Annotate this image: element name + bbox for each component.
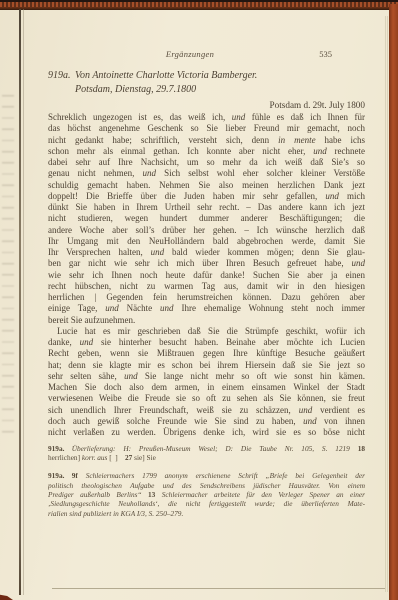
letter-line-text: genau nicht nehmen, und Sich selbst wohl… — [48, 168, 365, 178]
letter-line: 20bereit Sie aufzunehmen. — [48, 315, 365, 326]
letter-line-text: sich unendlich Ihrer Freundschaft, weiß … — [48, 405, 365, 415]
letter-line-text: schon mehr als einmal gethan. Ich konnte… — [48, 146, 365, 156]
letter-title: Von Antoinette Charlotte Victoria Bamber… — [75, 69, 257, 83]
footnote-line: herrlichen] korr. aus [ ] 27 sie] Sie — [48, 453, 365, 462]
letter-dateline: Potsdam d. 29t. July 1800 — [48, 100, 365, 110]
letter-line: Machen Sie doch also dem armen, in einem… — [48, 382, 365, 393]
letter-line: Ihr Versprechen halten, und bald wieder … — [48, 247, 365, 258]
letter-line-text: Ihr Versprechen halten, und bald wieder … — [48, 247, 365, 257]
letter-line-text: sehr selten sähe, und Sie lange nicht me… — [48, 371, 365, 381]
letter-line: dabei sehr auf Ihre Nachsicht, um so meh… — [48, 157, 365, 168]
letter-line-text: wie sehr ich Ihnen noch heute dafür dank… — [48, 270, 365, 280]
cover-corner-speck — [0, 592, 13, 600]
letter-line-text: bereit Sie aufzunehmen. — [48, 315, 135, 325]
letter-line-text: recht hübschen, nicht zu warmen Tag aus,… — [48, 281, 365, 291]
letter-line-text: schuldig gemacht haben. Nehmen Sie also … — [48, 180, 365, 190]
letter-line: 15ben gar nicht wie sehr ich mich über I… — [48, 258, 365, 269]
letter-line: herrlichen | Gegenden fein herumstreiche… — [48, 292, 365, 303]
letter-line-text: verwiesenen Weibe die Freude sie so oft … — [48, 393, 365, 403]
letter-line-text: hat; denn sie klagte mir es schon bei ih… — [48, 360, 365, 370]
letter-line: schuldig gemacht haben. Nehmen Sie also … — [48, 180, 365, 191]
page-bottom-edge — [52, 588, 385, 589]
facing-page-ghost-text — [2, 95, 14, 440]
footnote-line: 919a. 9f Schleiermachers 1799 anonym ers… — [48, 471, 365, 480]
page-gutter-fold-highlight — [23, 9, 24, 595]
footnote-line: rialien sind publiziert in KGA I/3, S. 2… — [48, 509, 365, 518]
letter-line: einige Tage, und Nächte und Ihre ehemali… — [48, 303, 365, 314]
letter-line-text: Lucie hat es mir geschrieben daß Sie die… — [57, 326, 365, 336]
letter-line: verwiesenen Weibe die Freude sie so oft … — [48, 393, 365, 404]
letter-line: 10dünkt Sie haben in Ihrem Urtheil sehr … — [48, 202, 365, 213]
letter-line-text: Schreklich ungezogen ist es, das weiß ic… — [48, 112, 365, 122]
letter-line-text: nicht studieren, wegen hundert dummer an… — [48, 213, 365, 223]
footnotes-area: 919a. Überlieferung: H: Preußen-Museum W… — [48, 444, 365, 527]
footnote-line: 919a. Überlieferung: H: Preußen-Museum W… — [48, 444, 365, 453]
page-number: 535 — [48, 49, 332, 59]
letter-line-text: nicht verlaßen zu werden. Übrigens denke… — [48, 427, 365, 437]
letter-line: 25sehr selten sähe, und Sie lange nicht … — [48, 371, 365, 382]
letter-line-text: einige Tage, und Nächte und Ihre ehemali… — [48, 303, 365, 313]
page-gutter-fold — [19, 9, 21, 595]
letter-line-text: dabei sehr auf Ihre Nachsicht, um so meh… — [48, 157, 365, 167]
letter-line: hat; denn sie klagte mir es schon bei ih… — [48, 360, 365, 371]
letter-line: recht hübschen, nicht zu warmen Tag aus,… — [48, 281, 365, 292]
letter-line: 30nicht verlaßen zu werden. Übrigens den… — [48, 427, 365, 438]
footnote-line: politisch theologischen Aufgabe und des … — [48, 481, 365, 490]
letter-line-text: Ihr Umgang mit den NeuHolländern bald ab… — [48, 236, 365, 246]
letter-line: Lucie hat es mir geschrieben daß Sie die… — [48, 326, 365, 337]
letter-line: Schreklich ungezogen ist es, das weiß ic… — [48, 112, 365, 123]
letter-line-text: herrlichen | Gegenden fein herumstreiche… — [48, 292, 365, 302]
letter-place-date: Potsdam, Dienstag, 29.7.1800 — [75, 83, 365, 97]
letter-line: doch auch gewiß solche Freunde wie Sie s… — [48, 416, 365, 427]
footnote-line: Prediger außerhalb Berlins“ 13 Schleierm… — [48, 490, 365, 499]
letter-line-text: Recht geben, wenn sie Mißtrauen gegen Ih… — [48, 348, 365, 358]
letter-line-text: Machen Sie doch also dem armen, in einem… — [48, 382, 365, 392]
letter-line: Recht geben, wenn sie Mißtrauen gegen Ih… — [48, 348, 365, 359]
footnote-line: ‚Siedlungsgeschichte Neuhollands‘, die n… — [48, 499, 365, 508]
letter-line: genau nicht nehmen, und Sich selbst wohl… — [48, 168, 365, 179]
page-stack-edge — [384, 16, 389, 592]
letter-line: Ihr Umgang mit den NeuHolländern bald ab… — [48, 236, 365, 247]
letter-line: doppelt! Die Brieffe über die Juden habe… — [48, 191, 365, 202]
letter-line-text: ben gar nicht wie sehr ich mich über Ihr… — [48, 258, 365, 268]
letter-line: danke, und sie hinterher besucht haben. … — [48, 337, 365, 348]
letter-line-text: danke, und sie hinterher besucht haben. … — [48, 337, 365, 347]
footnote-block: 919a. Überlieferung: H: Preußen-Museum W… — [48, 444, 365, 463]
footnote-block: 919a. 9f Schleiermachers 1799 anonym ers… — [48, 471, 365, 518]
letter-line: das höchst angenehme Geschenk so Sie lie… — [48, 123, 365, 134]
book-cover-top-edge — [0, 0, 398, 10]
letter-line-text: doppelt! Die Brieffe über die Juden habe… — [48, 191, 365, 201]
book-page-scan: Ergänzungen 535 919a. Von Antoinette Cha… — [0, 0, 398, 600]
letter-line-text: das höchst angenehme Geschenk so Sie lie… — [48, 123, 365, 133]
letter-line: 5schon mehr als einmal gethan. Ich konnt… — [48, 146, 365, 157]
letter-line-text: dünkt Sie haben in Ihrem Urtheil sehr re… — [48, 202, 365, 212]
letter-number: 919a. — [48, 69, 75, 83]
letter-line-text: doch auch gewiß solche Freunde wie Sie s… — [48, 416, 365, 426]
letter-line-text: andere Woche aber soll’s drüber her gehe… — [48, 225, 365, 235]
letter-heading: 919a. Von Antoinette Charlotte Victoria … — [48, 69, 365, 97]
letter-line: nicht gedankt habe; schriftlich, versteh… — [48, 135, 365, 146]
letter-line: nicht studieren, wegen hundert dummer an… — [48, 213, 365, 224]
book-cover-right-edge — [389, 4, 398, 600]
letter-body: Schreklich ungezogen ist es, das weiß ic… — [48, 112, 365, 438]
letter-line: wie sehr ich Ihnen noch heute dafür dank… — [48, 270, 365, 281]
letter-line: andere Woche aber soll’s drüber her gehe… — [48, 225, 365, 236]
letter-line: sich unendlich Ihrer Freundschaft, weiß … — [48, 405, 365, 416]
letter-line-text: nicht gedankt habe; schriftlich, versteh… — [48, 135, 365, 145]
